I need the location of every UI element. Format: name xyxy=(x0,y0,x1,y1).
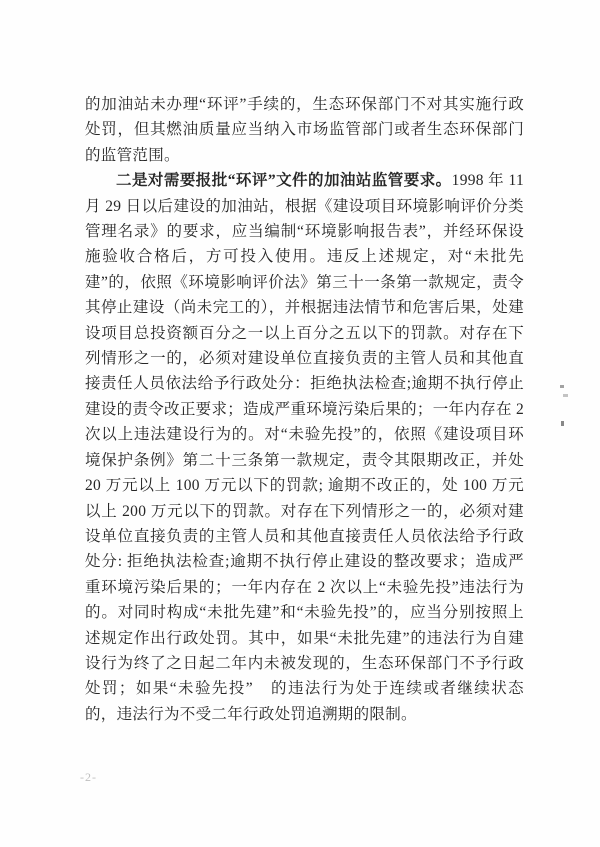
document-page: 的加油站未办理“环评”手续的，生态环保部门不对其实施行政处罚，但其燃油质量应当纳… xyxy=(0,0,600,847)
scan-speck xyxy=(560,385,564,388)
paragraph-second-point: 二是对需要报批“环评”文件的加油站监管要求。1998 年 11 月 29 日以后… xyxy=(85,168,524,727)
paragraph-lead-bold: 二是对需要报批“环评”文件的加油站监管要求。 xyxy=(116,172,452,189)
paragraph-text: 的加油站未办理“环评”手续的，生态环保部门不对其实施行政处罚，但其燃油质量应当纳… xyxy=(85,96,524,164)
paragraph-text: 1998 年 11 月 29 日以后建设的加油站，根据《建设项目环境影响评价分类… xyxy=(85,172,524,723)
document-body: 的加油站未办理“环评”手续的，生态环保部门不对其实施行政处罚，但其燃油质量应当纳… xyxy=(85,92,524,727)
paragraph-continued: 的加油站未办理“环评”手续的，生态环保部门不对其实施行政处罚，但其燃油质量应当纳… xyxy=(85,92,524,168)
page-number: -2- xyxy=(80,770,97,785)
scan-speck xyxy=(561,421,564,426)
scan-speck xyxy=(563,394,568,397)
